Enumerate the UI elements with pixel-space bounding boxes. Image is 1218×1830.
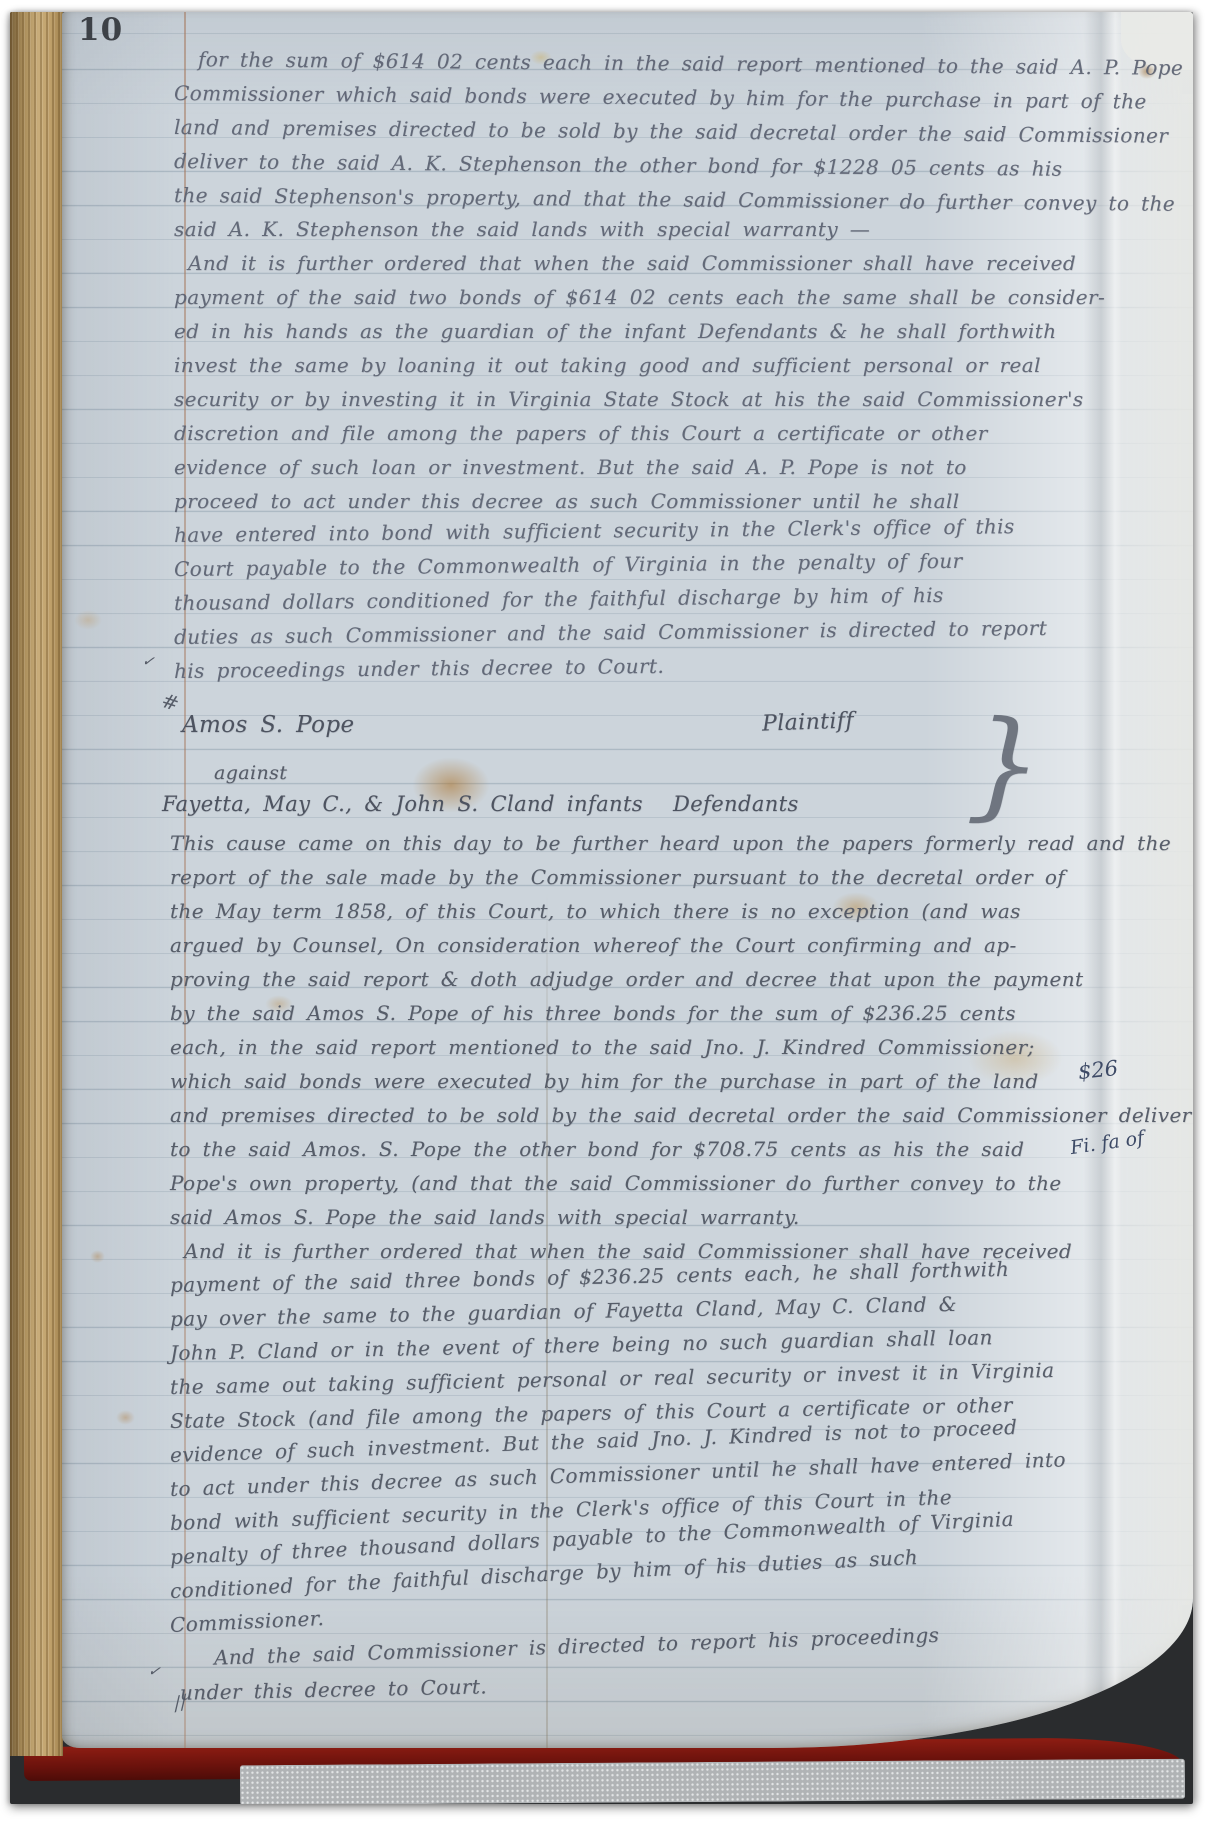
court-order-entry-1: for the sum of $614 02 cents each in the…: [174, 42, 1109, 688]
handwritten-line: said A. K. Stephenson the said lands wit…: [174, 212, 1109, 246]
handwritten-line: payment of the said two bonds of $614 02…: [174, 280, 1109, 314]
ledger-page: 10 for the sum of $614 02 cents each in …: [62, 12, 1193, 1748]
handwritten-line: the May term 1858, of this Court, to whi…: [170, 894, 1118, 928]
book-binding-edge: [10, 12, 63, 1756]
defendants-label: Defendants: [673, 792, 799, 816]
defendants-line: Fayetta, May C., & John S. Cland infants…: [162, 792, 799, 816]
ledger-photo: 10 for the sum of $614 02 cents each in …: [10, 12, 1193, 1804]
handwritten-line: said Amos S. Pope the said lands with sp…: [170, 1200, 1118, 1234]
photo-frame: 10 for the sum of $614 02 cents each in …: [0, 0, 1218, 1830]
plaintiff-label: Plaintiff: [762, 708, 855, 736]
caption-brace: }: [964, 683, 1045, 846]
clerk-check-mark: ✓: [141, 651, 156, 671]
table-cloth: [240, 1759, 1185, 1804]
versus-label: against: [214, 762, 287, 784]
handwritten-line: proving the said report & doth adjudge o…: [170, 962, 1118, 996]
handwritten-line: and premises directed to be sold by the …: [170, 1098, 1118, 1132]
handwritten-line: And it is further ordered that when the …: [174, 246, 1109, 280]
handwritten-line: argued by Counsel, On consideration wher…: [170, 928, 1118, 962]
stain: [74, 610, 102, 630]
handwritten-line: Pope's own property, (and that the said …: [170, 1166, 1118, 1200]
handwritten-line: evidence of such loan or investment. But…: [174, 450, 1109, 484]
handwritten-line: ed in his hands as the guardian of the i…: [174, 314, 1109, 348]
clerk-check-mark: ✓: [147, 1661, 162, 1681]
handwritten-line: invest the same by loaning it out taking…: [174, 348, 1109, 382]
handwritten-line: discretion and file among the papers of …: [174, 416, 1109, 450]
defendants-name: Fayetta, May C., & John S. Cland infants: [162, 792, 643, 816]
handwritten-line: by the said Amos S. Pope of his three bo…: [170, 996, 1118, 1030]
handwritten-line: security or by investing it in Virginia …: [174, 382, 1109, 416]
handwritten-line: which said bonds were executed by him fo…: [170, 1064, 1118, 1098]
stain: [116, 1410, 135, 1425]
handwritten-line: each, in the said report mentioned to th…: [170, 1030, 1118, 1064]
handwritten-line: This cause came on this day to be furthe…: [170, 826, 1118, 860]
clerk-hash-mark: #: [159, 688, 182, 716]
page-number: 10: [78, 12, 123, 48]
court-order-entry-2: This cause came on this day to be furthe…: [170, 826, 1118, 1710]
handwritten-line: report of the sale made by the Commissio…: [170, 860, 1118, 894]
stain: [90, 1250, 105, 1263]
margin-note-fee: $26: [1077, 1056, 1119, 1084]
handwritten-line: to the said Amos. S. Pope the other bond…: [170, 1132, 1118, 1166]
plaintiff-name: Amos S. Pope: [182, 712, 354, 738]
